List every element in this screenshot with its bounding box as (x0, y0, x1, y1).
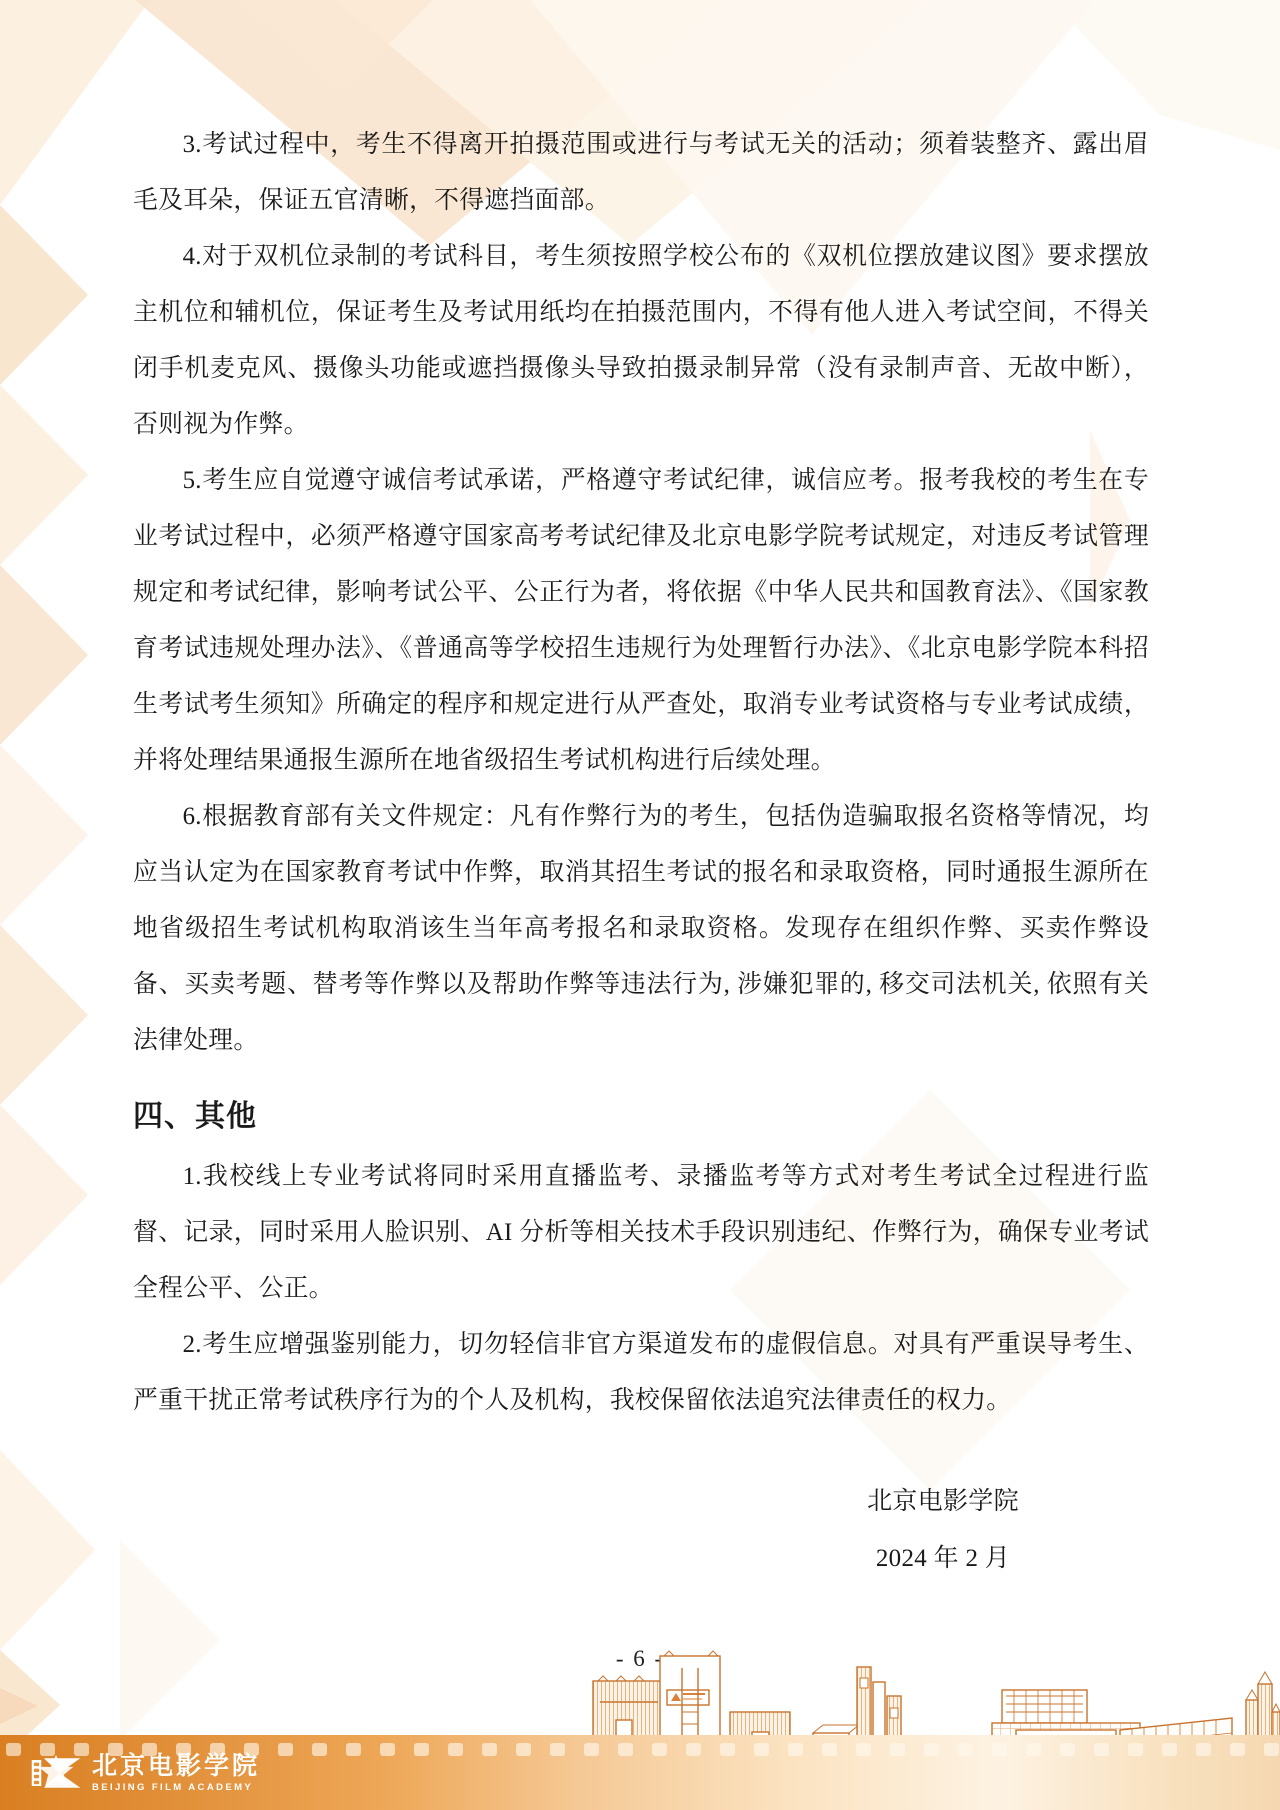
film-hole (584, 1743, 599, 1756)
paragraph: 4.对于双机位录制的考试科目，考生须按照学校公布的《双机位摆放建议图》要求摆放主… (133, 229, 1149, 453)
film-hole (686, 1743, 701, 1756)
film-hole (924, 1743, 939, 1756)
paragraph: 3.考试过程中，考生不得离开拍摄范围或进行与考试无关的活动；须着装整齐、露出眉毛… (133, 117, 1149, 229)
film-hole (822, 1743, 837, 1756)
document-body: 3.考试过程中，考生不得离开拍摄范围或进行与考试无关的活动；须着装整齐、露出眉毛… (133, 117, 1149, 1587)
signature-org: 北京电影学院 (753, 1473, 1133, 1530)
footer-logo-cn: 北京电影学院 (92, 1754, 260, 1779)
bfa-badge (671, 1693, 705, 1701)
film-hole (278, 1743, 293, 1756)
film-hole (754, 1743, 769, 1756)
film-hole (618, 1743, 633, 1756)
film-hole (992, 1743, 1007, 1756)
film-hole (720, 1743, 735, 1756)
film-hole (312, 1743, 327, 1756)
film-hole (958, 1743, 973, 1756)
section-heading: 四、其他 (133, 1095, 1149, 1139)
film-hole (1128, 1743, 1143, 1756)
page-number: - 6 - (0, 1646, 1280, 1672)
footer-logo-en: BEIJING FILM ACADEMY (92, 1783, 260, 1793)
film-hole (6, 1743, 21, 1756)
other-paragraphs: 1.我校线上专业考试将同时采用直播监考、录播监考等方式对考生考试全过程进行监督、… (133, 1149, 1149, 1429)
paragraph: 6.根据教育部有关文件规定：凡有作弊行为的考生，包括伪造骗取报名资格等情况，均应… (133, 789, 1149, 1069)
film-hole (1026, 1743, 1041, 1756)
film-hole (448, 1743, 463, 1756)
bfa-star-icon (30, 1753, 82, 1793)
film-hole (1230, 1743, 1245, 1756)
paragraph: 5.考生应自觉遵守诚信考试承诺，严格遵守考试纪律，诚信应考。报考我校的考生在专业… (133, 453, 1149, 789)
film-hole (482, 1743, 497, 1756)
film-hole (346, 1743, 361, 1756)
paragraph: 2.考生应增强鉴别能力，切勿轻信非官方渠道发布的虚假信息。对具有严重误导考生、严… (133, 1317, 1149, 1429)
document-page: 3.考试过程中，考生不得离开拍摄范围或进行与考试无关的活动；须着装整齐、露出眉毛… (0, 0, 1280, 1810)
film-hole (1264, 1743, 1279, 1756)
footer-logo: 北京电影学院 BEIJING FILM ACADEMY (30, 1753, 260, 1793)
film-hole (1094, 1743, 1109, 1756)
film-hole (788, 1743, 803, 1756)
film-hole (890, 1743, 905, 1756)
signature-block: 北京电影学院 2024 年 2 月 (753, 1473, 1133, 1587)
signature-date: 2024 年 2 月 (753, 1530, 1133, 1587)
film-hole (1060, 1743, 1075, 1756)
film-hole (380, 1743, 395, 1756)
film-hole (856, 1743, 871, 1756)
film-hole (1196, 1743, 1211, 1756)
film-hole (1162, 1743, 1177, 1756)
film-hole (550, 1743, 565, 1756)
footer-filmstrip: 北京电影学院 BEIJING FILM ACADEMY (0, 1735, 1280, 1810)
rules-paragraphs: 3.考试过程中，考生不得离开拍摄范围或进行与考试无关的活动；须着装整齐、露出眉毛… (133, 117, 1149, 1069)
film-hole (414, 1743, 429, 1756)
paragraph: 1.我校线上专业考试将同时采用直播监考、录播监考等方式对考生考试全过程进行监督、… (133, 1149, 1149, 1317)
film-hole (516, 1743, 531, 1756)
film-hole (652, 1743, 667, 1756)
